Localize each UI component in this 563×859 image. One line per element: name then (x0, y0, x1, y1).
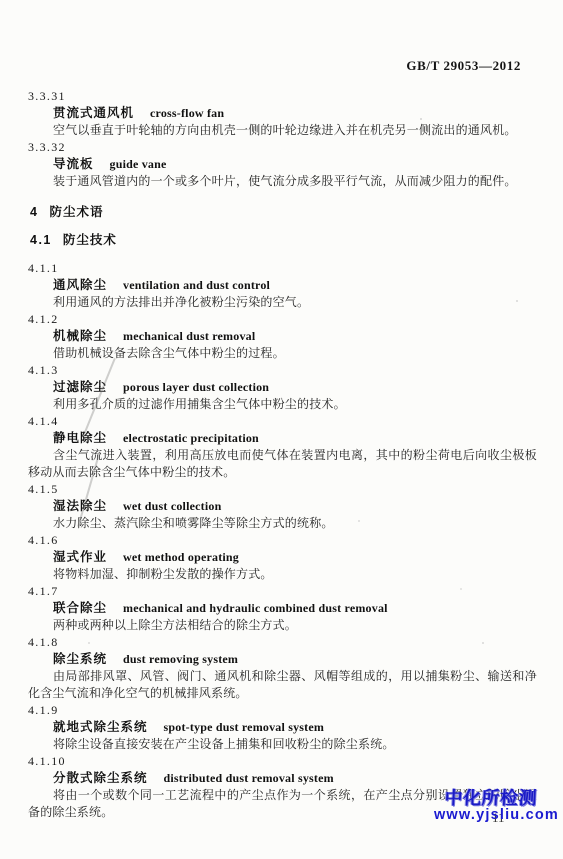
term-entry: 4.1.4 静电除尘 electrostatic precipitation 含… (28, 413, 537, 481)
term-entry: 3.3.32 导流板 guide vane 装于通风管道内的一个或多个叶片，使气… (28, 139, 537, 190)
term-line: 湿法除尘 wet dust collection (28, 498, 537, 515)
term-definition: 装于通风管道内的一个或多个叶片，使气流分成多股平行气流，从而减少阻力的配件。 (28, 173, 537, 190)
term-chinese: 静电除尘 (53, 431, 107, 445)
term-english: electrostatic precipitation (123, 431, 259, 445)
term-entry: 3.3.31 贯流式通风机 cross-flow fan 空气以垂直于叶轮轴的方… (28, 88, 537, 139)
term-line: 贯流式通风机 cross-flow fan (28, 105, 537, 122)
clause-number: 4.1.3 (28, 362, 537, 379)
clause-number: 3.3.31 (28, 88, 537, 105)
term-chinese: 湿法除尘 (53, 499, 107, 513)
chapter-heading: 4防尘术语 (30, 204, 537, 221)
clause-number: 4.1.6 (28, 532, 537, 549)
chapter-title: 防尘术语 (49, 205, 103, 219)
scan-specks (420, 118, 422, 120)
term-entry: 4.1.8 除尘系统 dust removing system 由局部排风罩、风… (28, 634, 537, 702)
term-definition: 水力除尘、蒸汽除尘和喷雾降尘等除尘方式的统称。 (28, 515, 537, 532)
term-entry: 4.1.1 通风除尘 ventilation and dust control … (28, 260, 537, 311)
term-english: guide vane (110, 157, 167, 171)
term-chinese: 除尘系统 (53, 652, 107, 666)
term-entry: 4.1.6 湿式作业 wet method operating 将物料加湿、抑制… (28, 532, 537, 583)
term-english: dust removing system (123, 652, 238, 666)
term-definition: 借助机械设备去除含尘气体中粉尘的过程。 (28, 345, 537, 362)
term-chinese: 联合除尘 (53, 601, 107, 615)
term-entry: 4.1.5 湿法除尘 wet dust collection 水力除尘、蒸汽除尘… (28, 481, 537, 532)
term-entry: 4.1.9 就地式除尘系统 spot-type dust removal sys… (28, 702, 537, 753)
term-definition: 将物料加湿、抑制粉尘发散的操作方式。 (28, 566, 537, 583)
term-line: 就地式除尘系统 spot-type dust removal system (28, 719, 537, 736)
clause-number: 4.1.8 (28, 634, 537, 651)
term-line: 导流板 guide vane (28, 156, 537, 173)
clause-number: 4.1.9 (28, 702, 537, 719)
term-english: porous layer dust collection (123, 380, 269, 394)
term-line: 联合除尘 mechanical and hydraulic combined d… (28, 600, 537, 617)
term-definition: 利用通风的方法排出并净化被粉尘污染的空气。 (28, 294, 537, 311)
term-chinese: 湿式作业 (53, 550, 107, 564)
term-chinese: 通风除尘 (53, 278, 107, 292)
term-chinese: 分散式除尘系统 (53, 771, 148, 785)
clause-number: 4.1.2 (28, 311, 537, 328)
clause-number: 3.3.32 (28, 139, 537, 156)
term-chinese: 机械除尘 (53, 329, 107, 343)
watermark: 中化所检测 www.yjsliu.com (434, 789, 559, 823)
term-chinese: 贯流式通风机 (53, 106, 134, 120)
term-english: spot-type dust removal system (164, 720, 325, 734)
term-line: 机械除尘 mechanical dust removal (28, 328, 537, 345)
term-english: wet dust collection (123, 499, 221, 513)
term-english: cross-flow fan (150, 106, 224, 120)
standard-code-header: GB/T 29053—2012 (406, 58, 521, 74)
clause-number: 4.1.7 (28, 583, 537, 600)
term-english: mechanical dust removal (123, 329, 255, 343)
term-definition: 空气以垂直于叶轮轴的方向由机壳一侧的叶轮边缘进入并在机壳另一侧流出的通风机。 (28, 122, 537, 139)
document-content: 3.3.31 贯流式通风机 cross-flow fan 空气以垂直于叶轮轴的方… (28, 88, 537, 821)
term-entry: 4.1.3 过滤除尘 porous layer dust collection … (28, 362, 537, 413)
term-chinese: 导流板 (53, 157, 94, 171)
clause-number: 4.1.10 (28, 753, 537, 770)
term-definition: 利用多孔介质的过滤作用捕集含尘气体中粉尘的技术。 (28, 396, 537, 413)
watermark-logo: 中化所检测 (433, 789, 537, 807)
term-line: 静电除尘 electrostatic precipitation (28, 430, 537, 447)
clause-number: 4.1.4 (28, 413, 537, 430)
term-line: 湿式作业 wet method operating (28, 549, 537, 566)
term-english: mechanical and hydraulic combined dust r… (123, 601, 388, 615)
section-title: 防尘技术 (63, 233, 117, 247)
watermark-url: www.yjsliu.com (434, 808, 559, 823)
term-line: 除尘系统 dust removing system (28, 651, 537, 668)
term-entry: 4.1.7 联合除尘 mechanical and hydraulic comb… (28, 583, 537, 634)
term-entry: 4.1.2 机械除尘 mechanical dust removal 借助机械设… (28, 311, 537, 362)
term-definition: 两种或两种以上除尘方法相结合的除尘方式。 (28, 617, 537, 634)
clause-number: 4.1.1 (28, 260, 537, 277)
term-definition: 将除尘设备直接安装在产尘设备上捕集和回收粉尘的除尘系统。 (28, 736, 537, 753)
term-line: 分散式除尘系统 distributed dust removal system (28, 770, 537, 787)
term-english: distributed dust removal system (164, 771, 334, 785)
term-chinese: 就地式除尘系统 (53, 720, 148, 734)
term-definition: 含尘气流进入装置，利用高压放电而使气体在装置内电离，其中的粉尘荷电后向收尘极板移… (28, 447, 537, 481)
section-heading: 4.1防尘技术 (30, 232, 537, 249)
section-number: 4.1 (30, 233, 52, 247)
chapter-number: 4 (30, 205, 38, 219)
term-english: ventilation and dust control (123, 278, 270, 292)
clause-number: 4.1.5 (28, 481, 537, 498)
term-english: wet method operating (123, 550, 239, 564)
scanned-document-page: GB/T 29053—2012 3.3.31 贯流式通风机 cross-flow… (0, 0, 563, 859)
term-line: 通风除尘 ventilation and dust control (28, 277, 537, 294)
term-definition: 由局部排风罩、风管、阀门、通风机和除尘器、风帽等组成的，用以捕集粉尘、输送和净化… (28, 668, 537, 702)
